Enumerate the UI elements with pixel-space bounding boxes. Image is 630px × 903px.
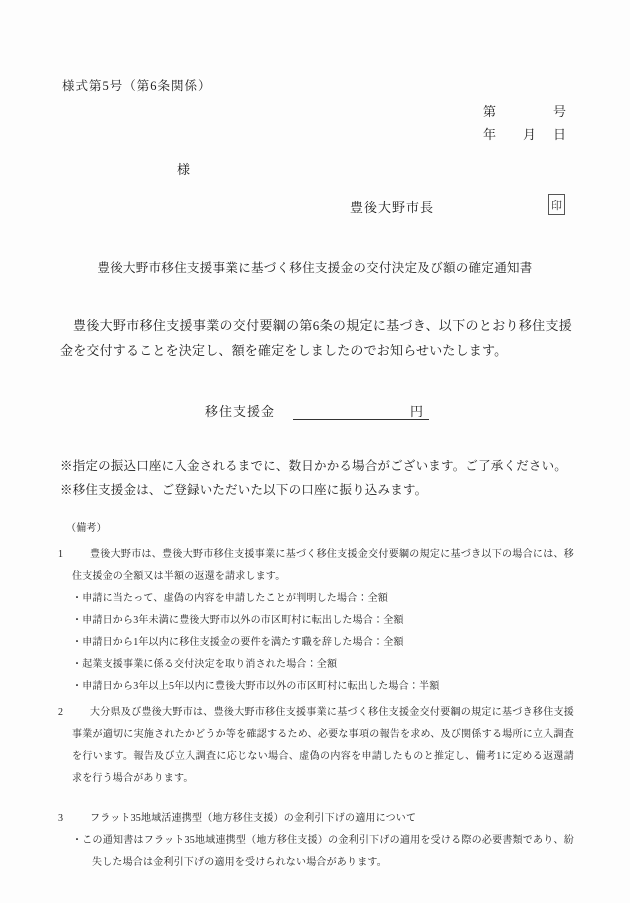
remarks-heading: （備考）	[66, 518, 574, 540]
doc-number-suffix: 号	[553, 101, 566, 120]
remark-item-1: 1 豊後大野市は、豊後大野市移住支援事業に基づく移住支援金交付要綱の規定に基づき…	[58, 544, 574, 588]
notes-block: ※指定の振込口座に入金されるまでに、数日かかる場合がございます。ご了承ください。…	[60, 455, 590, 502]
remark-bullet: ・この通知書はフラット35地域連携型（地方移住支援）の金利引下げの適用を受ける際…	[72, 830, 574, 874]
remark-bullet: ・申請に当たって、虚偽の内容を申請したことが判明した場合：全額	[72, 588, 574, 610]
amount-unit: 円	[410, 404, 423, 419]
remark-text: フラット35地域活連携型（地方移住支援）の金利引下げの適用について	[72, 808, 574, 830]
amount-row: 移住支援金 円	[205, 401, 429, 420]
date-month-label: 月	[523, 124, 536, 143]
remark-number: 1	[58, 544, 63, 566]
date-day-label: 日	[553, 124, 566, 143]
remark-item-2: 2 大分県及び豊後大野市は、豊後大野市移住支援事業に基づく移住支援金交付要綱の規…	[58, 702, 574, 790]
note-line: ※指定の振込口座に入金されるまでに、数日かかる場合がございます。ご了承ください。	[60, 455, 590, 479]
remark-bullet: ・起業支援事業に係る交付決定を取り消された場合：全額	[72, 654, 574, 676]
document-title: 豊後大野市移住支援事業に基づく移住支援金の交付決定及び額の確定通知書	[0, 258, 630, 276]
remark-text: 豊後大野市は、豊後大野市移住支援事業に基づく移住支援金交付要綱の規定に基づき以下…	[72, 544, 574, 588]
note-line: ※移住支援金は、ご登録いただいた以下の口座に振り込みます。	[60, 479, 590, 503]
addressee-honorific: 様	[177, 159, 190, 178]
remark-bullet-list-1: ・申請に当たって、虚偽の内容を申請したことが判明した場合：全額 ・申請日から3年…	[72, 588, 574, 698]
issuer-name: 豊後大野市長	[350, 197, 434, 216]
remark-bullet-list-3: ・この通知書はフラット35地域連携型（地方移住支援）の金利引下げの適用を受ける際…	[72, 830, 574, 874]
remark-bullet: ・申請日から3年未満に豊後大野市以外の市区町村に転出した場合：全額	[72, 610, 574, 632]
remark-bullet: ・申請日から3年以上5年以内に豊後大野市以外の市区町村に転出した場合：半額	[72, 676, 574, 698]
body-paragraph: 豊後大野市移住支援事業の交付要綱の第6条の規定に基づき、以下のとおり移住支援金を…	[60, 313, 572, 363]
document-page: 様式第5号（第6条関係） 第 号 年 月 日 様 豊後大野市長 印 豊後大野市移…	[0, 0, 630, 903]
form-id: 様式第5号（第6条関係）	[62, 76, 212, 94]
remark-number: 3	[58, 808, 63, 830]
date-year-label: 年	[483, 124, 496, 143]
amount-blank-field: 円	[293, 401, 429, 420]
remark-bullet: ・申請日から1年以内に移住支援金の要件を満たす職を辞した場合：全額	[72, 632, 574, 654]
remarks-section: （備考） 1 豊後大野市は、豊後大野市移住支援事業に基づく移住支援金交付要綱の規…	[58, 518, 574, 874]
remark-text: 大分県及び豊後大野市は、豊後大野市移住支援事業に基づく移住支援金交付要綱の規定に…	[72, 702, 574, 790]
seal-placeholder: 印	[548, 194, 565, 215]
amount-label: 移住支援金	[205, 401, 275, 420]
remark-number: 2	[58, 702, 63, 724]
doc-number-prefix: 第	[483, 101, 496, 120]
remark-item-3: 3 フラット35地域活連携型（地方移住支援）の金利引下げの適用について	[58, 808, 574, 830]
